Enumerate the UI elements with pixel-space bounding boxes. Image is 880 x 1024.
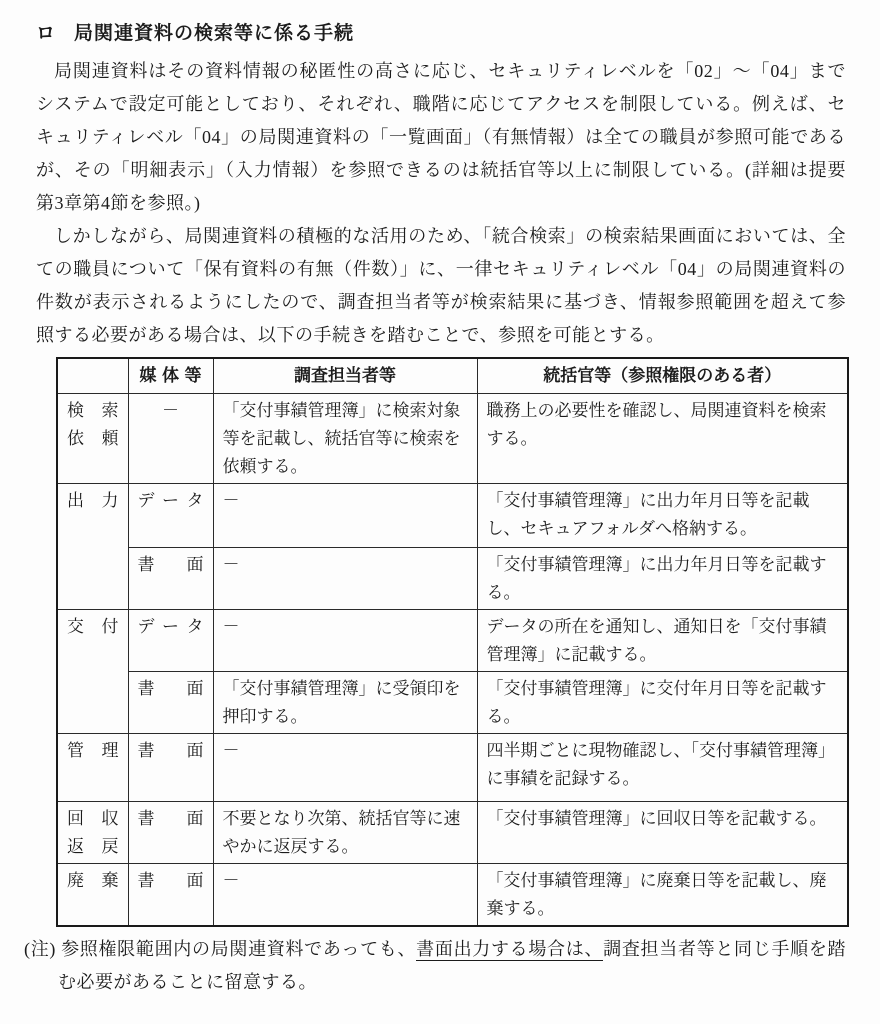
header-supervisor-cell: 統括官等（参照権限のある者） [477,358,848,394]
stage-label-line: 管理 [67,737,119,765]
row-delivery-paper: 書面 「交付事績管理簿」に受領印を押印する。 「交付事績管理簿」に交付年月日等を… [57,672,848,734]
supervisor-recall-return: 「交付事績管理簿」に回収日等を記載する。 [477,802,848,864]
media-label: 書面 [138,551,204,579]
investigator-delivery-paper: 「交付事績管理簿」に受領印を押印する。 [213,672,477,734]
supervisor-disposal: 「交付事績管理簿」に廃棄日等を記載し、廃棄する。 [477,864,848,927]
paragraph-security-levels: 局関連資料はその資料情報の秘匿性の高さに応じ、セキュリティレベルを「02」～「0… [36,55,846,220]
footnote-text-underlined: 書面出力する場合は、 [416,939,603,961]
section-marker: ロ [36,18,56,45]
stage-delivery: 交付 [57,610,128,734]
footnote-text-prefix: 参照権限範囲内の局関連資料であっても、 [61,939,416,959]
footnote: (注) 参照権限範囲内の局関連資料であっても、書面出力する場合は、調査担当者等と… [24,933,846,999]
media-recall-return: 書面 [128,802,213,864]
supervisor-delivery-data: データの所在を通知し、通知日を「交付事績管理簿」に記載する。 [477,610,848,672]
media-label: データ [138,487,204,515]
media-output-data: データ [128,484,213,548]
investigator-recall-return: 不要となり次第、統括官等に速やかに返戻する。 [213,802,477,864]
stage-label-line: 交付 [67,613,119,641]
media-delivery-data: データ [128,610,213,672]
stage-label-line: 回収 [67,805,119,833]
stage-disposal: 廃棄 [57,864,128,927]
supervisor-management: 四半期ごとに現物確認し、「交付事績管理簿」に事績を記録する。 [477,734,848,802]
stage-search-request: 検索 依頼 [57,394,128,484]
table-header-row: 媒体等 調査担当者等 統括官等（参照権限のある者） [57,358,848,394]
document-page: ロ 局関連資料の検索等に係る手続 局関連資料はその資料情報の秘匿性の高さに応じ、… [0,0,880,1024]
stage-label-line: 返戻 [67,833,119,861]
investigator-search-request: 「交付事績管理簿」に検索対象等を記載し、統括官等に検索を依頼する。 [213,394,477,484]
supervisor-delivery-paper: 「交付事績管理簿」に交付年月日等を記載する。 [477,672,848,734]
stage-management: 管理 [57,734,128,802]
media-label: 書面 [138,675,204,703]
investigator-output-data: － [213,484,477,548]
investigator-disposal: － [213,864,477,927]
row-search-request: 検索 依頼 － 「交付事績管理簿」に検索対象等を記載し、統括官等に検索を依頼する… [57,394,848,484]
supervisor-output-paper: 「交付事績管理簿」に出力年月日等を記載する。 [477,548,848,610]
stage-label-line: 依頼 [67,425,119,453]
stage-recall-return: 回収 返戻 [57,802,128,864]
media-delivery-paper: 書面 [128,672,213,734]
media-output-paper: 書面 [128,548,213,610]
header-media-label: 媒体等 [140,363,202,389]
investigator-delivery-data: － [213,610,477,672]
media-label: 書面 [138,867,204,895]
media-search-request: － [128,394,213,484]
paragraph-search-procedure: しかしながら、局関連資料の積極的な活用のため、「統合検索」の検索結果画面において… [36,220,846,352]
media-label: データ [138,613,204,641]
stage-label-line: 出力 [67,487,119,515]
row-output-paper: 書面 － 「交付事績管理簿」に出力年月日等を記載する。 [57,548,848,610]
row-management: 管理 書面 － 四半期ごとに現物確認し、「交付事績管理簿」に事績を記録する。 [57,734,848,802]
media-label: 書面 [138,737,204,765]
row-recall-return: 回収 返戻 書面 不要となり次第、統括官等に速やかに返戻する。 「交付事績管理簿… [57,802,848,864]
media-management: 書面 [128,734,213,802]
stage-output: 出力 [57,484,128,610]
row-delivery-data: 交付 データ － データの所在を通知し、通知日を「交付事績管理簿」に記載する。 [57,610,848,672]
section-heading: ロ 局関連資料の検索等に係る手続 [36,18,846,45]
procedure-table: 媒体等 調査担当者等 統括官等（参照権限のある者） 検索 依頼 － 「交付事績管… [56,357,849,927]
footnote-marker: (注) [24,939,56,959]
investigator-management: － [213,734,477,802]
stage-label-line: 廃棄 [67,867,119,895]
investigator-output-paper: － [213,548,477,610]
media-disposal: 書面 [128,864,213,927]
section-title: 局関連資料の検索等に係る手続 [74,18,354,45]
supervisor-output-data: 「交付事績管理簿」に出力年月日等を記載し、セキュアフォルダへ格納する。 [477,484,848,548]
header-stage-cell [57,358,128,394]
row-output-data: 出力 データ － 「交付事績管理簿」に出力年月日等を記載し、セキュアフォルダへ格… [57,484,848,548]
stage-label-line: 検索 [67,397,119,425]
media-label: 書面 [138,805,204,833]
supervisor-search-request: 職務上の必要性を確認し、局関連資料を検索する。 [477,394,848,484]
header-investigator-cell: 調査担当者等 [213,358,477,394]
header-media-cell: 媒体等 [128,358,213,394]
row-disposal: 廃棄 書面 － 「交付事績管理簿」に廃棄日等を記載し、廃棄する。 [57,864,848,927]
